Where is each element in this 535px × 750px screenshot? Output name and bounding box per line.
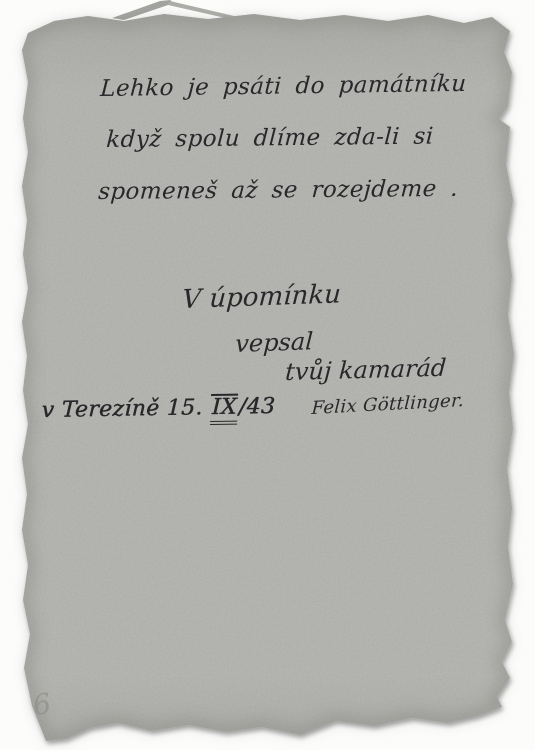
torn-paper-sheet xyxy=(0,0,535,750)
dateline-year: /43 xyxy=(238,394,275,420)
dedication-line-3: tvůj kamarád xyxy=(284,355,447,386)
poem-line-2: když spolu dlíme zda-li si xyxy=(105,125,434,154)
poem-line-3: spomeneš až se rozejdeme . xyxy=(97,177,458,205)
dedication-line-1: V úpomínku xyxy=(181,280,341,314)
dateline-month-roman: IX xyxy=(210,394,238,426)
dateline: v Terezíně 15. IX/43 xyxy=(41,393,276,428)
dedication-line-2: vepsal xyxy=(235,328,314,357)
paper-texture xyxy=(0,0,535,750)
scanned-album-page: Lehko je psáti do památníku když spolu d… xyxy=(0,0,535,750)
dateline-place-day: v Terezíně 15. xyxy=(41,395,203,423)
poem-line-1: Lehko je psáti do památníku xyxy=(100,72,468,102)
